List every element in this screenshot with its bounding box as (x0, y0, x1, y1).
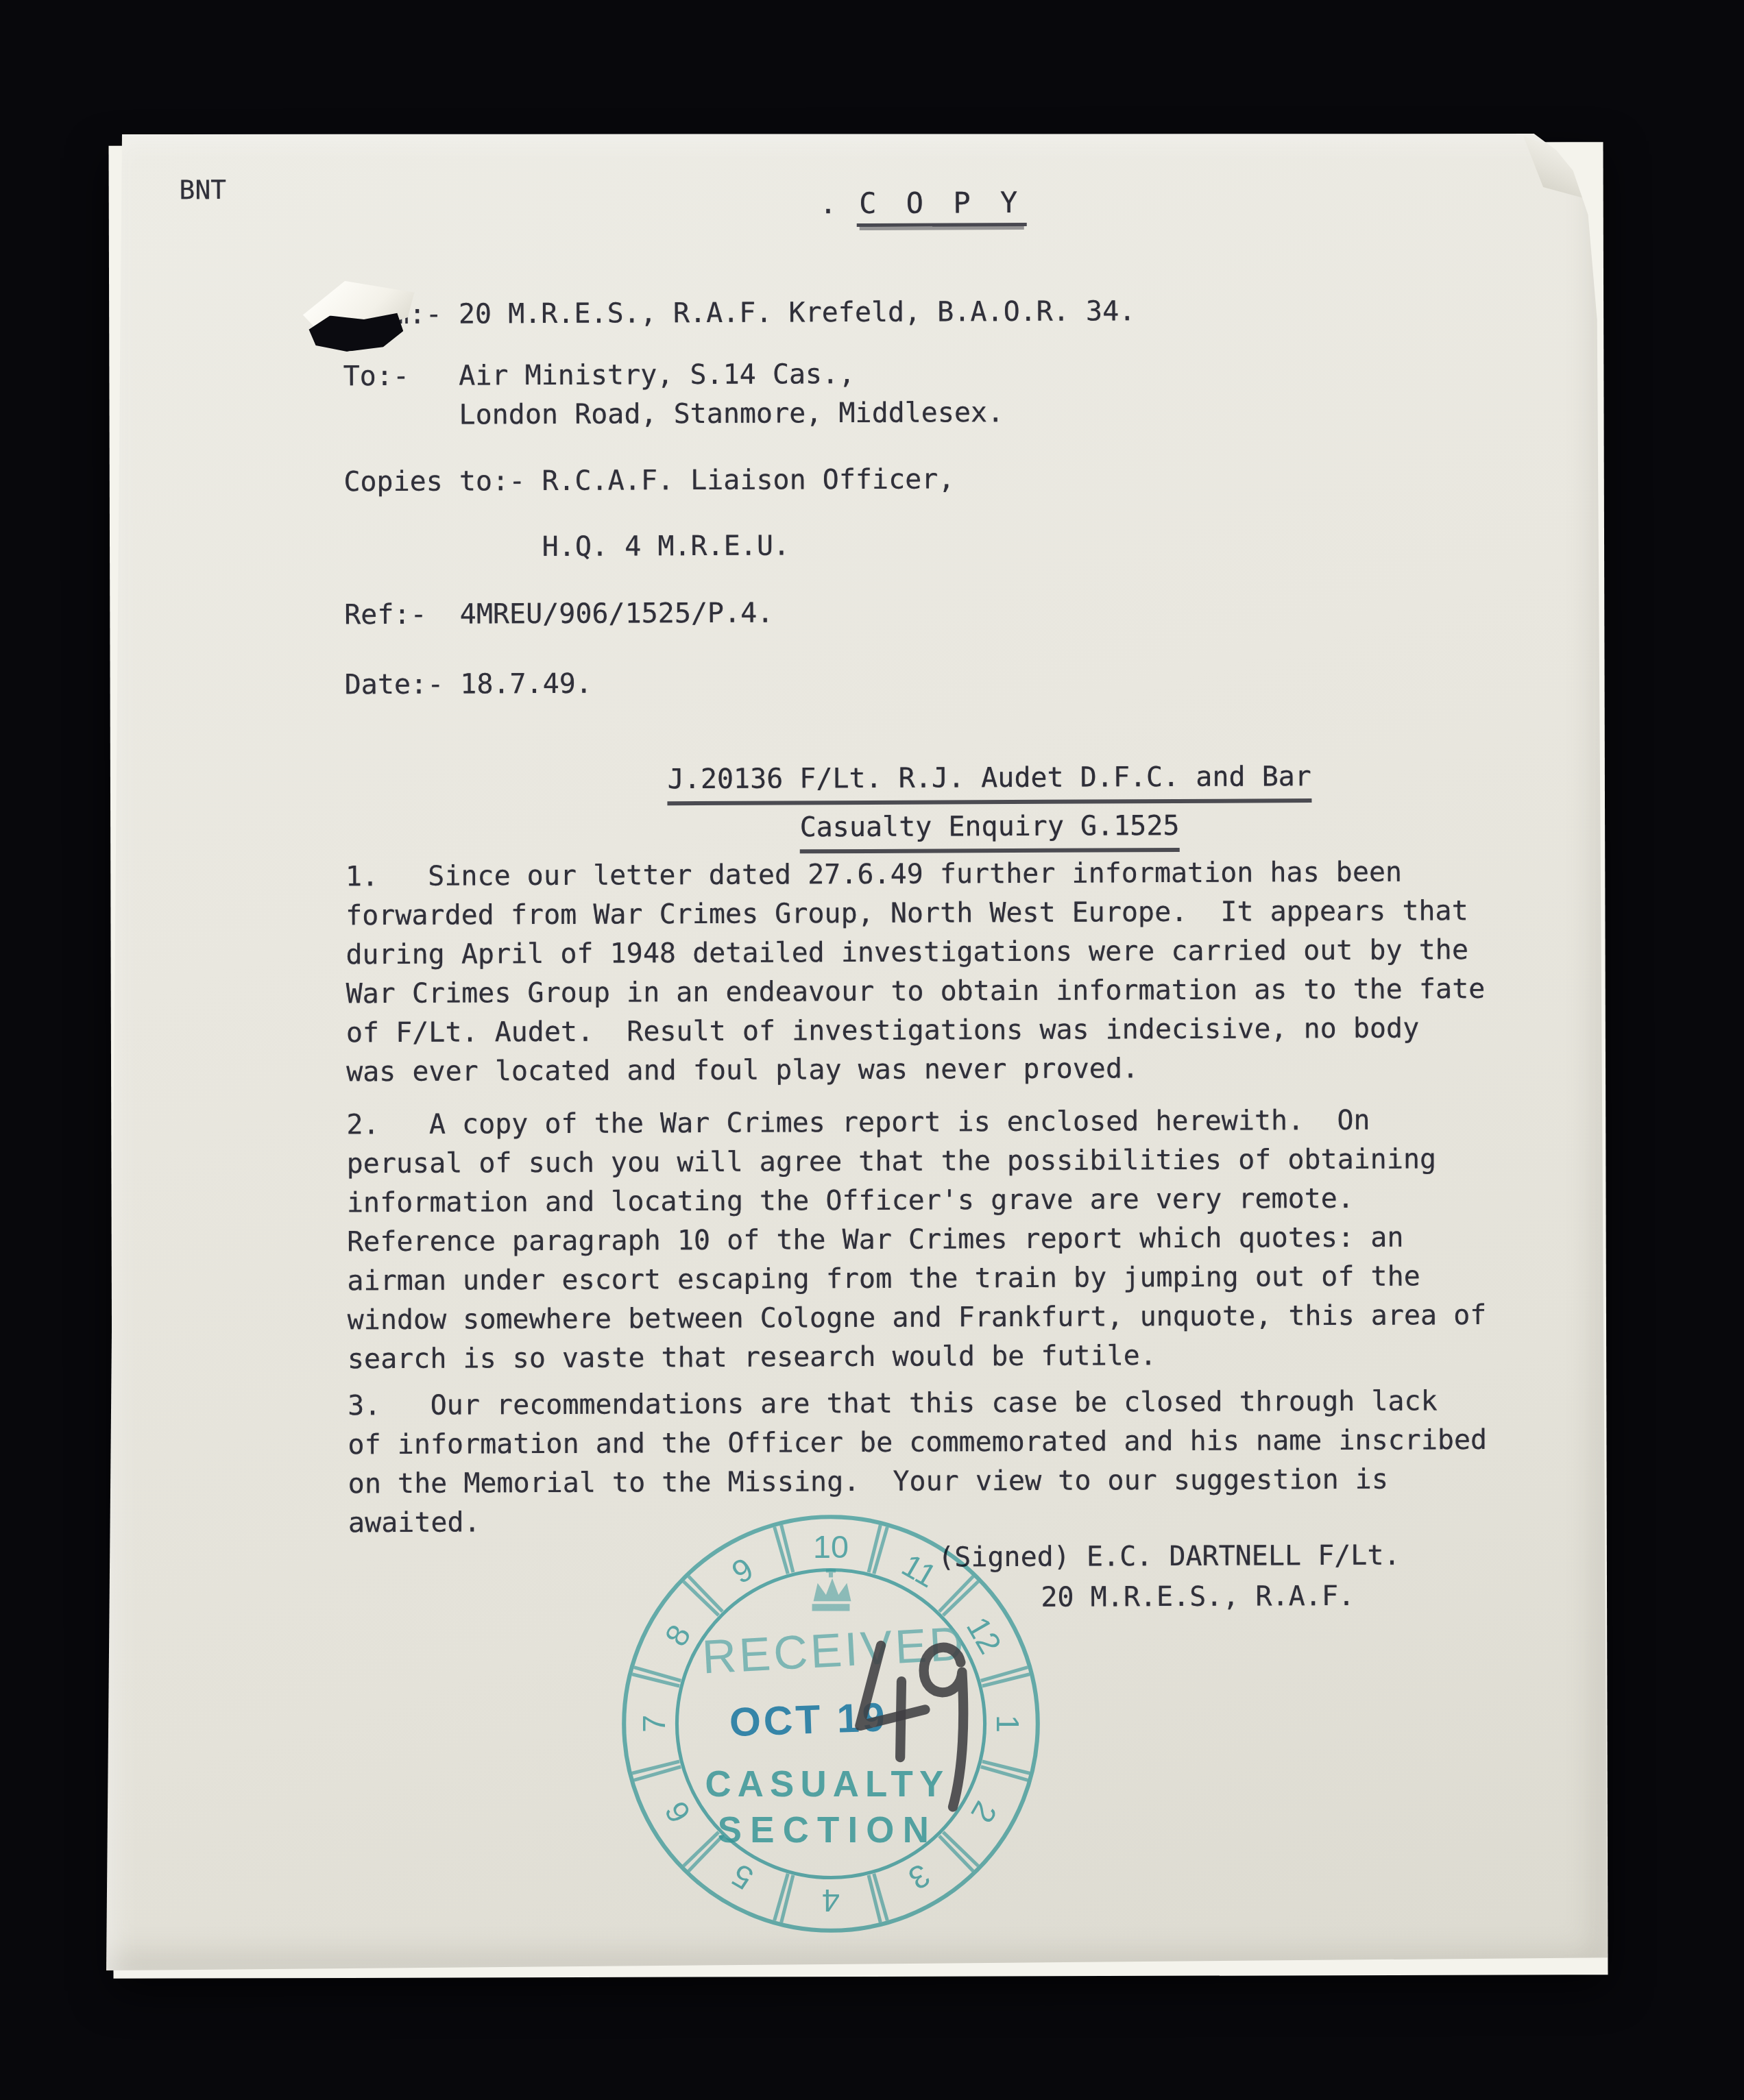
paragraph-line: information and locating the Officer's g… (347, 1179, 1486, 1223)
stamp-dial-tick (943, 1832, 978, 1866)
paragraph-line: airman under escort escaping from the tr… (347, 1257, 1486, 1301)
paragraph-line: Reference paragraph 10 of the War Crimes… (347, 1218, 1486, 1262)
corner-mark: BNT (179, 171, 226, 210)
stamp-dial-tick (943, 1581, 978, 1615)
paragraph-line: search is so vaste that research would b… (348, 1335, 1487, 1379)
stamp-dial-tick (939, 1836, 973, 1871)
stamp-dial-number: 6 (658, 1796, 698, 1829)
stamp-section-line-2: SECTION (718, 1810, 937, 1851)
paragraph-line: forwarded from War Crimes Group, North W… (346, 892, 1485, 936)
paragraph-line: was ever located and foul play was never… (346, 1048, 1486, 1092)
to-line: To:- Air Ministry, S.14 Cas., (343, 355, 856, 396)
subject-line-2: Casualty Enquiry G.1525 (799, 805, 1179, 853)
stamp-dial-tick (688, 1576, 722, 1611)
stamp-dial-number: 3 (903, 1857, 936, 1896)
paragraph-line: of information and the Officer be commem… (348, 1421, 1487, 1465)
paragraph-line: perusal of such you will agree that the … (347, 1140, 1486, 1184)
stamp-dial-number: 7 (636, 1715, 672, 1733)
paragraph-1: 1. Since our letter dated 27.6.49 furthe… (346, 853, 1486, 1092)
stamp-dial-tick (683, 1832, 718, 1866)
stamp-dial-number: 2 (964, 1796, 1004, 1829)
stamp-dial-number: 8 (658, 1619, 698, 1652)
photo-background: BNT .C O P Y From:- 20 M.R.E.S., R.A.F. … (0, 0, 1744, 2100)
received-date-stamp: 123456789101112 RECEIVED OCT 19 CASUALTY… (615, 1508, 1047, 1940)
ref-line: Ref:- 4MREU/906/1525/P.4. (344, 594, 773, 635)
document-paper: BNT .C O P Y From:- 20 M.R.E.S., R.A.F. … (106, 130, 1608, 1970)
stamp-dial-tick (683, 1581, 718, 1615)
signature-unit-line: 20 M.R.E.S., R.A.F. (1041, 1577, 1355, 1617)
copies-line: Copies to:- R.C.A.F. Liaison Officer, (343, 460, 954, 502)
stamp-section-line-1: CASUALTY (705, 1764, 949, 1805)
date-line: Date:- 18.7.49. (345, 665, 592, 705)
subject-line-1: J.20136 F/Lt. R.J. Audet D.F.C. and Bar (668, 755, 1311, 805)
copy-heading: .C O P Y (766, 172, 1026, 234)
paragraph-line: War Crimes Group in an endeavour to obta… (346, 970, 1486, 1014)
to-address-line: London Road, Stanmore, Middlesex. (343, 393, 1004, 435)
copy-label: C O P Y (856, 186, 1026, 227)
stamp-dial-number: 9 (726, 1551, 760, 1591)
paragraph-2: 2. A copy of the War Crimes report is en… (346, 1101, 1486, 1379)
stamp-dial-number: 10 (813, 1529, 849, 1565)
paragraph-line: of F/Lt. Audet. Result of investigations… (346, 1009, 1486, 1053)
paragraph-line: 1. Since our letter dated 27.6.49 furthe… (346, 853, 1485, 896)
crown-icon (812, 1569, 851, 1611)
stamp-graphic: 123456789101112 RECEIVED OCT 19 CASUALTY… (615, 1508, 1047, 1940)
copies-hq-line: H.Q. 4 M.R.E.U. (344, 526, 790, 567)
paragraph-line: on the Memorial to the Missing. Your vie… (348, 1460, 1488, 1504)
from-line: From:- 20 M.R.E.S., R.A.F. Krefeld, B.A.… (343, 292, 1135, 334)
paragraph-line: 2. A copy of the War Crimes report is en… (346, 1101, 1486, 1145)
stamp-dial-number: 5 (726, 1857, 760, 1896)
paragraph-line: during April of 1948 detailed investigat… (346, 931, 1485, 975)
stamp-dial-number: 4 (822, 1883, 840, 1918)
paragraph-line: 3. Our recommendations are that this cas… (348, 1382, 1487, 1426)
paragraph-line: window somewhere between Cologne and Fra… (348, 1296, 1487, 1340)
stamp-dial-number: 1 (990, 1715, 1026, 1733)
stamp-dial-tick (939, 1576, 973, 1611)
subject-heading: J.20136 F/Lt. R.J. Audet D.F.C. and Bar … (379, 754, 1600, 855)
copy-prefix-dot: . (819, 186, 838, 221)
